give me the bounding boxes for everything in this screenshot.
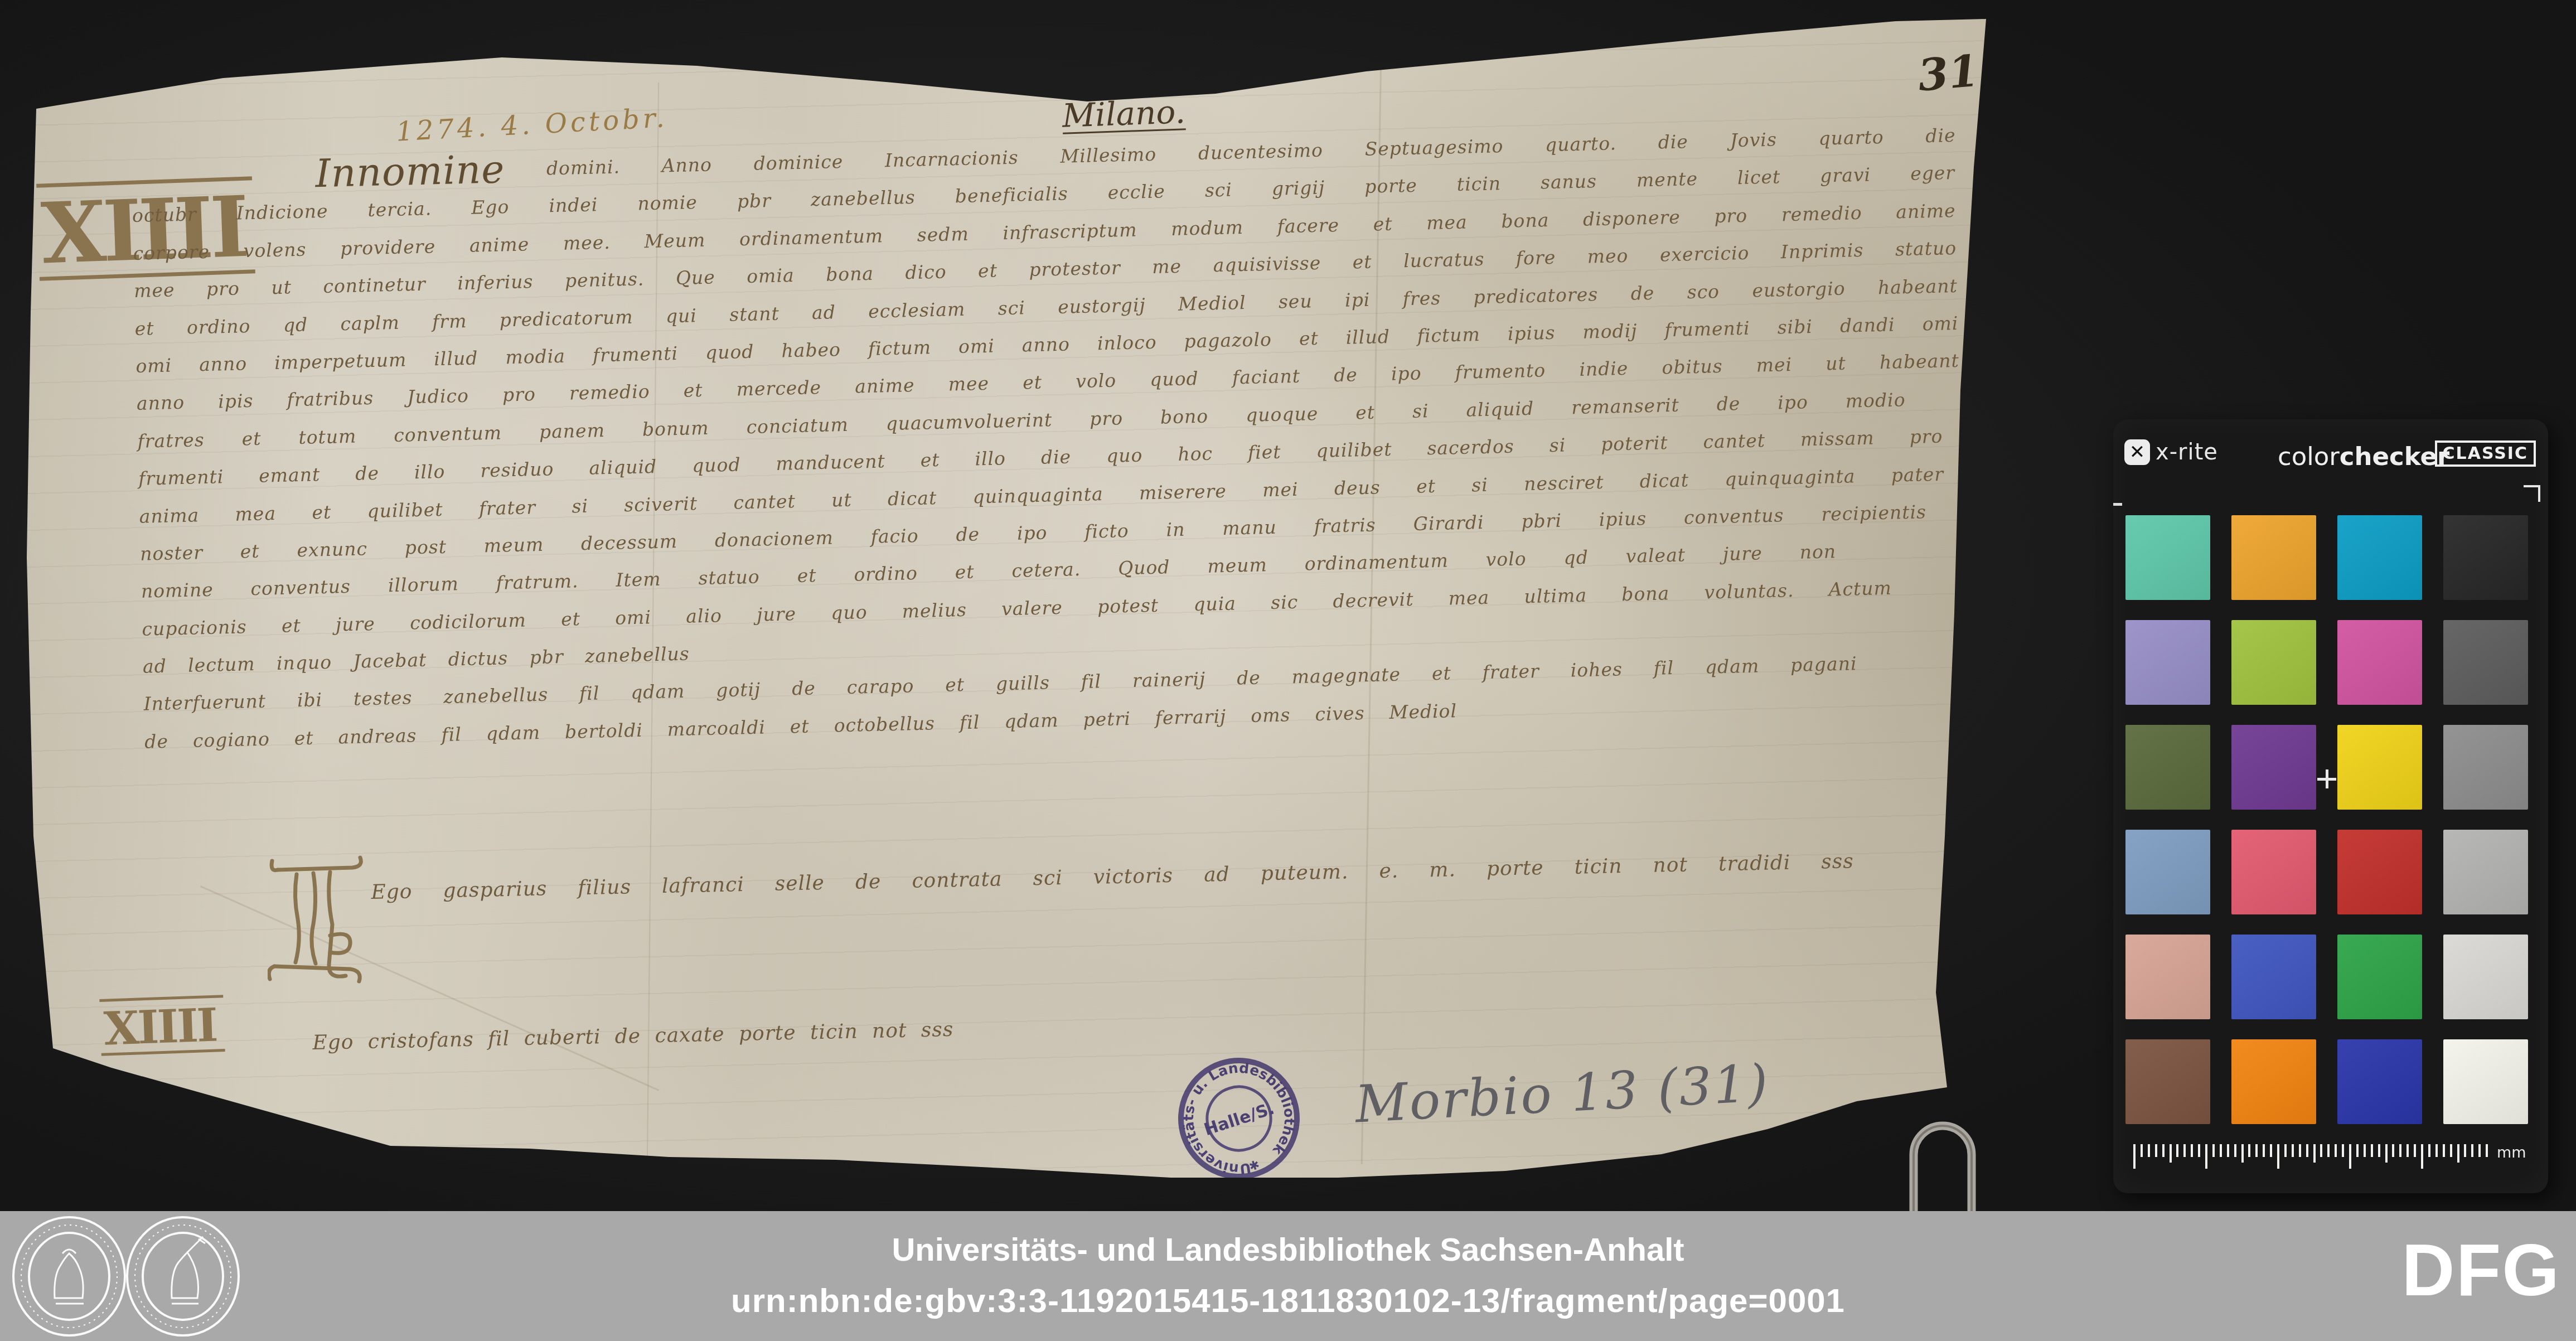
footer-bar: Universitäts- und Landesbibliothek Sachs… (0, 1211, 2576, 1341)
color-patch (2125, 620, 2210, 705)
color-patch (2443, 515, 2528, 600)
archival-header-milano: Milano. (1062, 93, 1186, 135)
manuscript-lines: Innominedomini.AnnodominiceIncarnacionis… (131, 124, 1968, 768)
ruler-tick (2414, 1144, 2416, 1157)
ruler-tick (2464, 1144, 2466, 1157)
color-patch (2231, 830, 2316, 914)
paperclip-icon (1895, 1107, 1992, 1227)
footer-institution-label: Universitäts- und Landesbibliothek Sachs… (0, 1231, 2576, 1269)
ruler-tick (2349, 1144, 2351, 1169)
color-patch (2125, 1039, 2210, 1124)
ruler-tick (2205, 1144, 2207, 1169)
ruler-tick (2371, 1144, 2373, 1157)
ruler-tick (2227, 1144, 2229, 1157)
color-patch (2337, 1039, 2422, 1124)
color-patch (2231, 620, 2316, 705)
color-patch (2231, 935, 2316, 1019)
xrite-brand-label: x-rite (2156, 439, 2218, 465)
color-patch (2125, 725, 2210, 810)
ruler-tick (2155, 1144, 2157, 1157)
ruler-tick (2292, 1144, 2294, 1157)
color-patch (2231, 1039, 2316, 1124)
title-bold: checker (2340, 442, 2449, 471)
ruler-tick (2385, 1144, 2388, 1163)
ruler-tick (2248, 1144, 2250, 1157)
ruler-tick (2212, 1144, 2215, 1157)
color-patch (2125, 830, 2210, 914)
ruler-tick (2421, 1144, 2423, 1169)
color-patch (2337, 515, 2422, 600)
registration-dash-icon (2113, 503, 2122, 506)
ruler-tick (2284, 1144, 2287, 1157)
ruler-tick (2478, 1144, 2481, 1157)
ruler-tick (2191, 1144, 2193, 1157)
ruler-tick (2170, 1144, 2172, 1163)
ruler-tick (2306, 1144, 2308, 1157)
ruler-tick (2450, 1144, 2452, 1157)
color-patch (2337, 620, 2422, 705)
color-patch (2231, 515, 2316, 600)
ruler-tick (2399, 1144, 2401, 1157)
ruler-tick (2471, 1144, 2473, 1157)
ruler-tick (2299, 1144, 2301, 1157)
ruler-tick (2263, 1144, 2265, 1157)
notary-subscription-2: Egocristofansfilcubertidecaxateportetici… (312, 1018, 954, 1054)
ruler-tick (2162, 1144, 2165, 1157)
ruler-tick (2313, 1144, 2316, 1163)
xrite-logo-icon: ✕ (2124, 439, 2150, 465)
ruler-tick (2183, 1144, 2186, 1157)
parchment-charter: 31. Milano. 1274. 4. Octobr. XIIII XIIII… (22, 16, 1991, 1203)
ruler-tick (2241, 1144, 2244, 1163)
color-patch (2337, 725, 2422, 810)
xrite-brand: ✕ x-rite (2124, 439, 2218, 465)
ruler-tick (2443, 1144, 2445, 1157)
ruler-tick (2457, 1144, 2459, 1163)
ruler-tick (2255, 1144, 2258, 1157)
colorchecker-title: colorchecker (2278, 442, 2449, 471)
ruler-tick (2141, 1144, 2143, 1157)
ruler-tick (2378, 1144, 2380, 1157)
pencil-shelfmark-note: Morbio 13 (31) (1354, 1053, 1771, 1135)
notary-subscription-1: Egogaspariusfiliuslafranciselledecontrat… (371, 850, 1854, 904)
ruler-tick (2234, 1144, 2236, 1157)
margin-mark-bottom: XIIII (99, 995, 225, 1056)
ruler-tick (2406, 1144, 2409, 1157)
ruler-tick (2133, 1144, 2136, 1169)
classic-badge: CLASSIC (2435, 440, 2536, 467)
title-light: color (2278, 442, 2340, 471)
color-patch (2443, 725, 2528, 810)
ruler-tick (2148, 1144, 2150, 1157)
ruler-tick (2364, 1144, 2366, 1157)
ruler-tick (2342, 1144, 2344, 1157)
registration-bracket-icon (2524, 485, 2540, 502)
folio-number: 31. (1916, 44, 1996, 101)
ruler-tick (2356, 1144, 2359, 1157)
dfg-logo: DFG (2401, 1233, 2560, 1307)
color-patch (2337, 935, 2422, 1019)
color-patch (2231, 725, 2316, 810)
registration-cross-icon (2317, 769, 2336, 788)
library-stamp: Universitäts- u. Landesbibliothek Halle/… (1155, 1034, 1323, 1203)
ruler-tick (2198, 1144, 2200, 1157)
ruler-unit-label: mm (2497, 1144, 2526, 1161)
color-patch (2443, 830, 2528, 914)
ruler-tick (2435, 1144, 2438, 1157)
ruler-tick (2428, 1144, 2430, 1157)
colorchecker-card: ✕ x-rite colorchecker CLASSIC mm (2113, 419, 2548, 1193)
ruler-tick (2327, 1144, 2330, 1157)
photo-stage: 31. Milano. 1274. 4. Octobr. XIIII XIIII… (0, 0, 2576, 1341)
ruler-tick (2335, 1144, 2337, 1157)
color-patch (2443, 1039, 2528, 1124)
ruler-tick (2392, 1144, 2394, 1157)
mm-ruler: mm (2133, 1144, 2524, 1178)
ruler-tick (2270, 1144, 2272, 1157)
ruler-tick (2277, 1144, 2279, 1169)
ruler-tick (2320, 1144, 2322, 1157)
color-patch-grid (2125, 515, 2536, 1151)
ruler-tick (2486, 1144, 2488, 1157)
color-patch (2443, 935, 2528, 1019)
color-patch (2125, 515, 2210, 600)
ruler-tick (2176, 1144, 2178, 1157)
color-patch (2337, 830, 2422, 914)
notary-signum-icon (268, 852, 368, 986)
color-patch (2443, 620, 2528, 705)
color-patch (2125, 935, 2210, 1019)
archival-date-annotation: 1274. 4. Octobr. (395, 102, 669, 147)
footer-urn-label: urn:nbn:de:gbv:3:3-1192015415-1811830102… (0, 1281, 2576, 1320)
ruler-tick (2220, 1144, 2222, 1157)
